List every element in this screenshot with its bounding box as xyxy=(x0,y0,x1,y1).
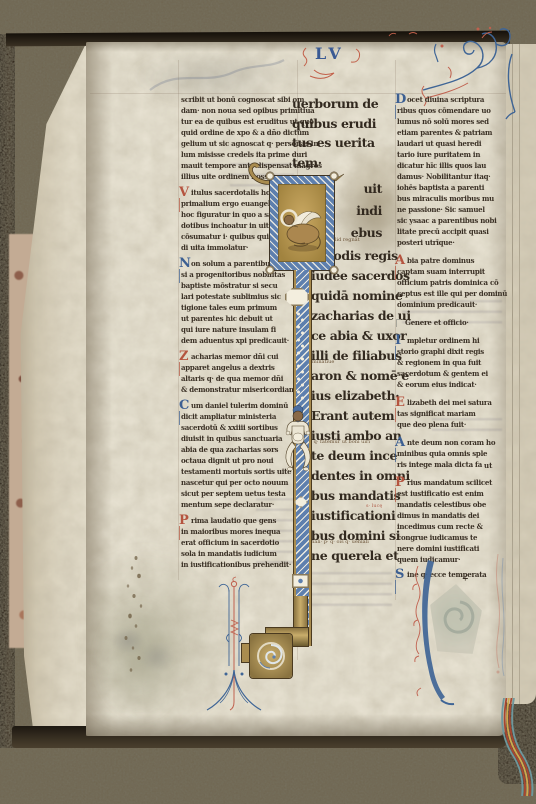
rubric-initial: D xyxy=(395,93,406,106)
rubric-initial: P xyxy=(395,476,405,489)
page-fore-edge xyxy=(506,44,536,704)
text-line: storio graphi dixit regis xyxy=(397,346,505,357)
text-line: nere domini iustificati xyxy=(397,543,505,554)
gloss-paragraph: A bia patre dominuscaptam suam interrupi… xyxy=(397,255,505,310)
text-line: mauit tempore ante dispensat magros xyxy=(181,160,295,171)
text-line: dimus in mandatis dei xyxy=(397,510,505,521)
faint-edge-flourish-icon xyxy=(492,554,508,704)
text-line: tas significat mariam xyxy=(397,408,505,419)
ruling-line xyxy=(178,60,179,580)
gospel-lines-beside-initial: uitindiebus xyxy=(336,178,382,244)
paragraph-lines: acharias memor dñi cuiapparet angelus a … xyxy=(181,351,295,395)
bar-bead-dots xyxy=(296,310,305,402)
text-line: & eorum eius indicat· xyxy=(397,379,505,390)
gospel-opening-lines: uerborum dequibus eruditus es ueritatem· xyxy=(292,94,392,172)
ink-spots xyxy=(106,552,150,684)
paragraph-lines: bia patre dominuscaptam suam interrupito… xyxy=(397,255,505,310)
text-line: tur ea de quibus est eruditus ut quo xyxy=(181,116,295,127)
text-line: dam· non noua sed opibus primitiua xyxy=(181,105,295,116)
text-line: baptiste mōstratur si secu xyxy=(181,280,295,291)
text-line: damus· Nobilitantur itaq· xyxy=(397,171,505,182)
interlinear-gloss: s· lucę xyxy=(366,503,396,509)
interlinear-gloss: cū q· fatemur ut boni uiri xyxy=(306,439,394,445)
text-line: sacerdotum & gentem ei xyxy=(397,368,505,379)
text-line: mandatis celestibus obe xyxy=(397,499,505,510)
paragraph-lines: rius mandatum scilicetest iustificatio e… xyxy=(397,477,505,565)
text-line: abia de qua zacharias sors xyxy=(181,444,295,455)
text-line: dominium predicauit· xyxy=(397,299,505,310)
text-line: ribus quos cōmendare uo xyxy=(397,105,505,116)
gloss-paragraph: C um daniel tulerim dominūdicit ampliatu… xyxy=(181,400,295,510)
winged-ox-icon xyxy=(278,184,326,262)
gloss-paragraph: Genere et officio· xyxy=(397,317,505,328)
climbing-figure-icon xyxy=(281,404,315,478)
text-line: mpletur ordinem hi xyxy=(397,335,505,346)
text-line: tario iure puritatem in xyxy=(397,149,505,160)
text-line: sola in mandatis iudicium xyxy=(181,548,295,559)
corner-bead xyxy=(330,266,338,274)
text-line: acharias memor dñi cui xyxy=(181,351,295,362)
gospel-body-lines: herodis regisiudee sacerdosquidā nominez… xyxy=(311,246,397,566)
paragraph-lines: lizabeth dei mei saturatas significat ma… xyxy=(397,397,505,430)
interlinear-gloss: criminali· p· q· oĩs q· ueniali xyxy=(298,539,394,545)
text-line: quibus erudi xyxy=(292,114,392,134)
text-line: ocet diuina scriptura xyxy=(397,94,505,105)
text-line: tem· xyxy=(292,153,392,173)
text-line: laudari ut quasi heredi xyxy=(397,138,505,149)
text-line: rius mandatum scilicet xyxy=(397,477,505,488)
text-line: indi xyxy=(336,200,382,222)
text-line: nte deum non coram ho xyxy=(397,437,505,448)
gloss-paragraph: I mpletur ordinem historio graphi dixit … xyxy=(397,335,505,390)
rubric-initial: A xyxy=(395,436,405,449)
manuscript-photo: LV scribit ut bonū cognoscat sibi omdam·… xyxy=(0,0,536,804)
rubric-initial: C xyxy=(179,399,189,412)
text-line: testamenti mortuis sortis uite xyxy=(181,466,295,477)
text-line: ce abia & uxor xyxy=(311,326,397,346)
rubric-initial: S xyxy=(395,568,404,581)
text-line: um daniel tulerim dominū xyxy=(181,400,295,411)
text-line: iustificationi xyxy=(311,506,397,526)
text-line: Genere et officio· xyxy=(397,317,505,328)
text-line: sacerdotū & xxiiii sortibus xyxy=(181,422,295,433)
text-line: apparet angelus a dextris xyxy=(181,362,295,373)
bar-square-bead xyxy=(292,574,309,588)
text-line: si a progenitoribus nobilitas xyxy=(181,269,295,280)
text-line: ne querela et xyxy=(311,546,397,566)
text-line: bus miraculis moribus mu xyxy=(397,193,505,204)
text-line: qui iure nature insulam fi xyxy=(181,324,295,335)
text-line: rima laudatio que gens xyxy=(181,515,295,526)
text-line: sic ysaac a parentibus nobi xyxy=(397,215,505,226)
gloss-paragraph: D ocet diuina scripturaribus quos cōmend… xyxy=(397,94,505,248)
text-line: altaris q· de qua memor dñi xyxy=(181,373,295,384)
text-line: in iustificationibus prehendit· xyxy=(181,559,295,570)
text-line: officium patris dominica cō xyxy=(397,277,505,288)
text-line: te deum ince xyxy=(311,446,397,466)
text-line: ius elizabeth· xyxy=(311,386,397,406)
rubric-initial: Z xyxy=(179,350,189,363)
page-heading: LV xyxy=(315,45,345,63)
text-line: dicit ampliatur ministeria xyxy=(181,411,295,422)
paragraph-lines: ocet diuina scripturaribus quos cōmendar… xyxy=(397,94,505,248)
corner-bead xyxy=(330,172,338,180)
rubric-initial: E xyxy=(395,396,405,409)
show-through-flourish xyxy=(148,56,288,98)
rubric-initial: I xyxy=(395,334,401,347)
text-line: sicut per septem uetus testa xyxy=(181,488,295,499)
paragraph-lines: scribit ut bonū cognoscat sibi omdam· no… xyxy=(181,94,295,182)
text-line: lum misisse credels ita prime duri xyxy=(181,149,295,160)
gloss-paragraph: P rima laudatio que gensin maioribus mor… xyxy=(181,515,295,570)
gloss-paragraph: N on solum a parentibussi a progenitorib… xyxy=(181,258,295,346)
text-line: quid ordine de xpo & a dño dictum xyxy=(181,127,295,138)
paragraph-lines: mpletur ordinem historio graphi dixit re… xyxy=(397,335,505,390)
rubric-initial: V xyxy=(179,186,189,199)
text-line: lumus nō solū mores sed xyxy=(397,116,505,127)
text-line: Erant autem xyxy=(311,406,397,426)
text-line: diuisit in quibus sanctuaria xyxy=(181,433,295,444)
gloss-paragraph: scribit ut bonū cognoscat sibi omdam· no… xyxy=(181,94,295,182)
text-line: dentes in omni xyxy=(311,466,397,486)
gloss-paragraph: P rius mandatum scilicetest iustificatio… xyxy=(397,477,505,565)
text-line: tigione tales eum primum xyxy=(181,302,295,313)
text-line: dem aduentus xpi predicauit· xyxy=(181,335,295,346)
text-line: captam suam interrupit xyxy=(397,266,505,277)
rubric-initial: A xyxy=(395,254,405,267)
text-line: ceptus est ille qui per dominū xyxy=(397,288,505,299)
text-line: ut parentes hic debuit ut xyxy=(181,313,295,324)
catchword: ut xyxy=(484,461,492,470)
text-line: lari potestate sublimius sic xyxy=(181,291,295,302)
text-line: nascetur qui per octo nouum xyxy=(181,477,295,488)
show-through-curl-icon xyxy=(438,594,478,648)
corner-bead xyxy=(266,266,274,274)
text-line: mentum sepe declaratur· xyxy=(181,499,295,510)
paraph-mark-icon xyxy=(396,319,401,327)
text-line: gelium ut sic agnoscat q· personas in xyxy=(181,138,295,149)
text-line: dicatur hīc illis quos lau xyxy=(397,160,505,171)
right-gloss-column: D ocet diuina scripturaribus quos cōmend… xyxy=(397,94,505,580)
corner-bead xyxy=(266,172,274,180)
lower-margin-flourish-icon xyxy=(204,574,266,726)
text-line: est iustificatio est enim xyxy=(397,488,505,499)
text-line: zacharias de ui xyxy=(311,306,397,326)
left-gloss-column: scribit ut bonū cognoscat sibi omdam· no… xyxy=(181,94,295,570)
gloss-paragraph: Z acharias memor dñi cuiapparet angelus … xyxy=(181,351,295,395)
text-line: ne passione· Sic samuel xyxy=(397,204,505,215)
show-through-text xyxy=(300,572,392,606)
text-line: quidā nomine xyxy=(311,286,397,306)
bookmark-ribbon xyxy=(492,698,536,798)
text-line: iohēs baptista a parenti xyxy=(397,182,505,193)
rubric-dots-icon xyxy=(385,26,425,42)
text-line: octaua dignit ut pro noui xyxy=(181,455,295,466)
text-line: minibus quia omnis sple xyxy=(397,448,505,459)
text-line: tus es uerita xyxy=(292,133,392,153)
text-line: lizabeth dei mei satura xyxy=(397,397,505,408)
text-line: bia patre dominus xyxy=(397,255,505,266)
rubric-initial: N xyxy=(179,257,191,270)
rubric-initial: P xyxy=(179,514,189,527)
text-line: etiam parentes & patriam xyxy=(397,127,505,138)
paragraph-lines: on solum a parentibussi a progenitoribus… xyxy=(181,258,295,346)
text-line: posteri utrīque· xyxy=(397,237,505,248)
gloss-paragraph: E lizabeth dei mei saturatas significat … xyxy=(397,397,505,430)
paragraph-lines: rima laudatio que gensin maioribus mores… xyxy=(181,515,295,570)
text-line: & regionem in qua fuit xyxy=(397,357,505,368)
text-line: que deo plena fuit· xyxy=(397,419,505,430)
paragraph-lines: um daniel tulerim dominūdicit ampliatur … xyxy=(181,400,295,510)
text-line: aron & nomē e xyxy=(311,366,397,386)
interlinear-gloss: s· nominatiue xyxy=(300,359,390,365)
paragraph-lines: Genere et officio· xyxy=(397,317,505,328)
text-line: incedimus cum recte & xyxy=(397,521,505,532)
text-line: & demonstratur misericordiam· xyxy=(181,384,295,395)
text-line: uerborum de xyxy=(292,94,392,114)
text-line: erat officium in sacerdotio xyxy=(181,537,295,548)
end-mark: ÷ xyxy=(462,574,469,583)
text-line: in maioribus mores inequa xyxy=(181,526,295,537)
text-line: scribit ut bonū cognoscat sibi om xyxy=(181,94,295,105)
text-line: congrue iudicamus te xyxy=(397,532,505,543)
text-line: litate precū accipit quasi xyxy=(397,226,505,237)
